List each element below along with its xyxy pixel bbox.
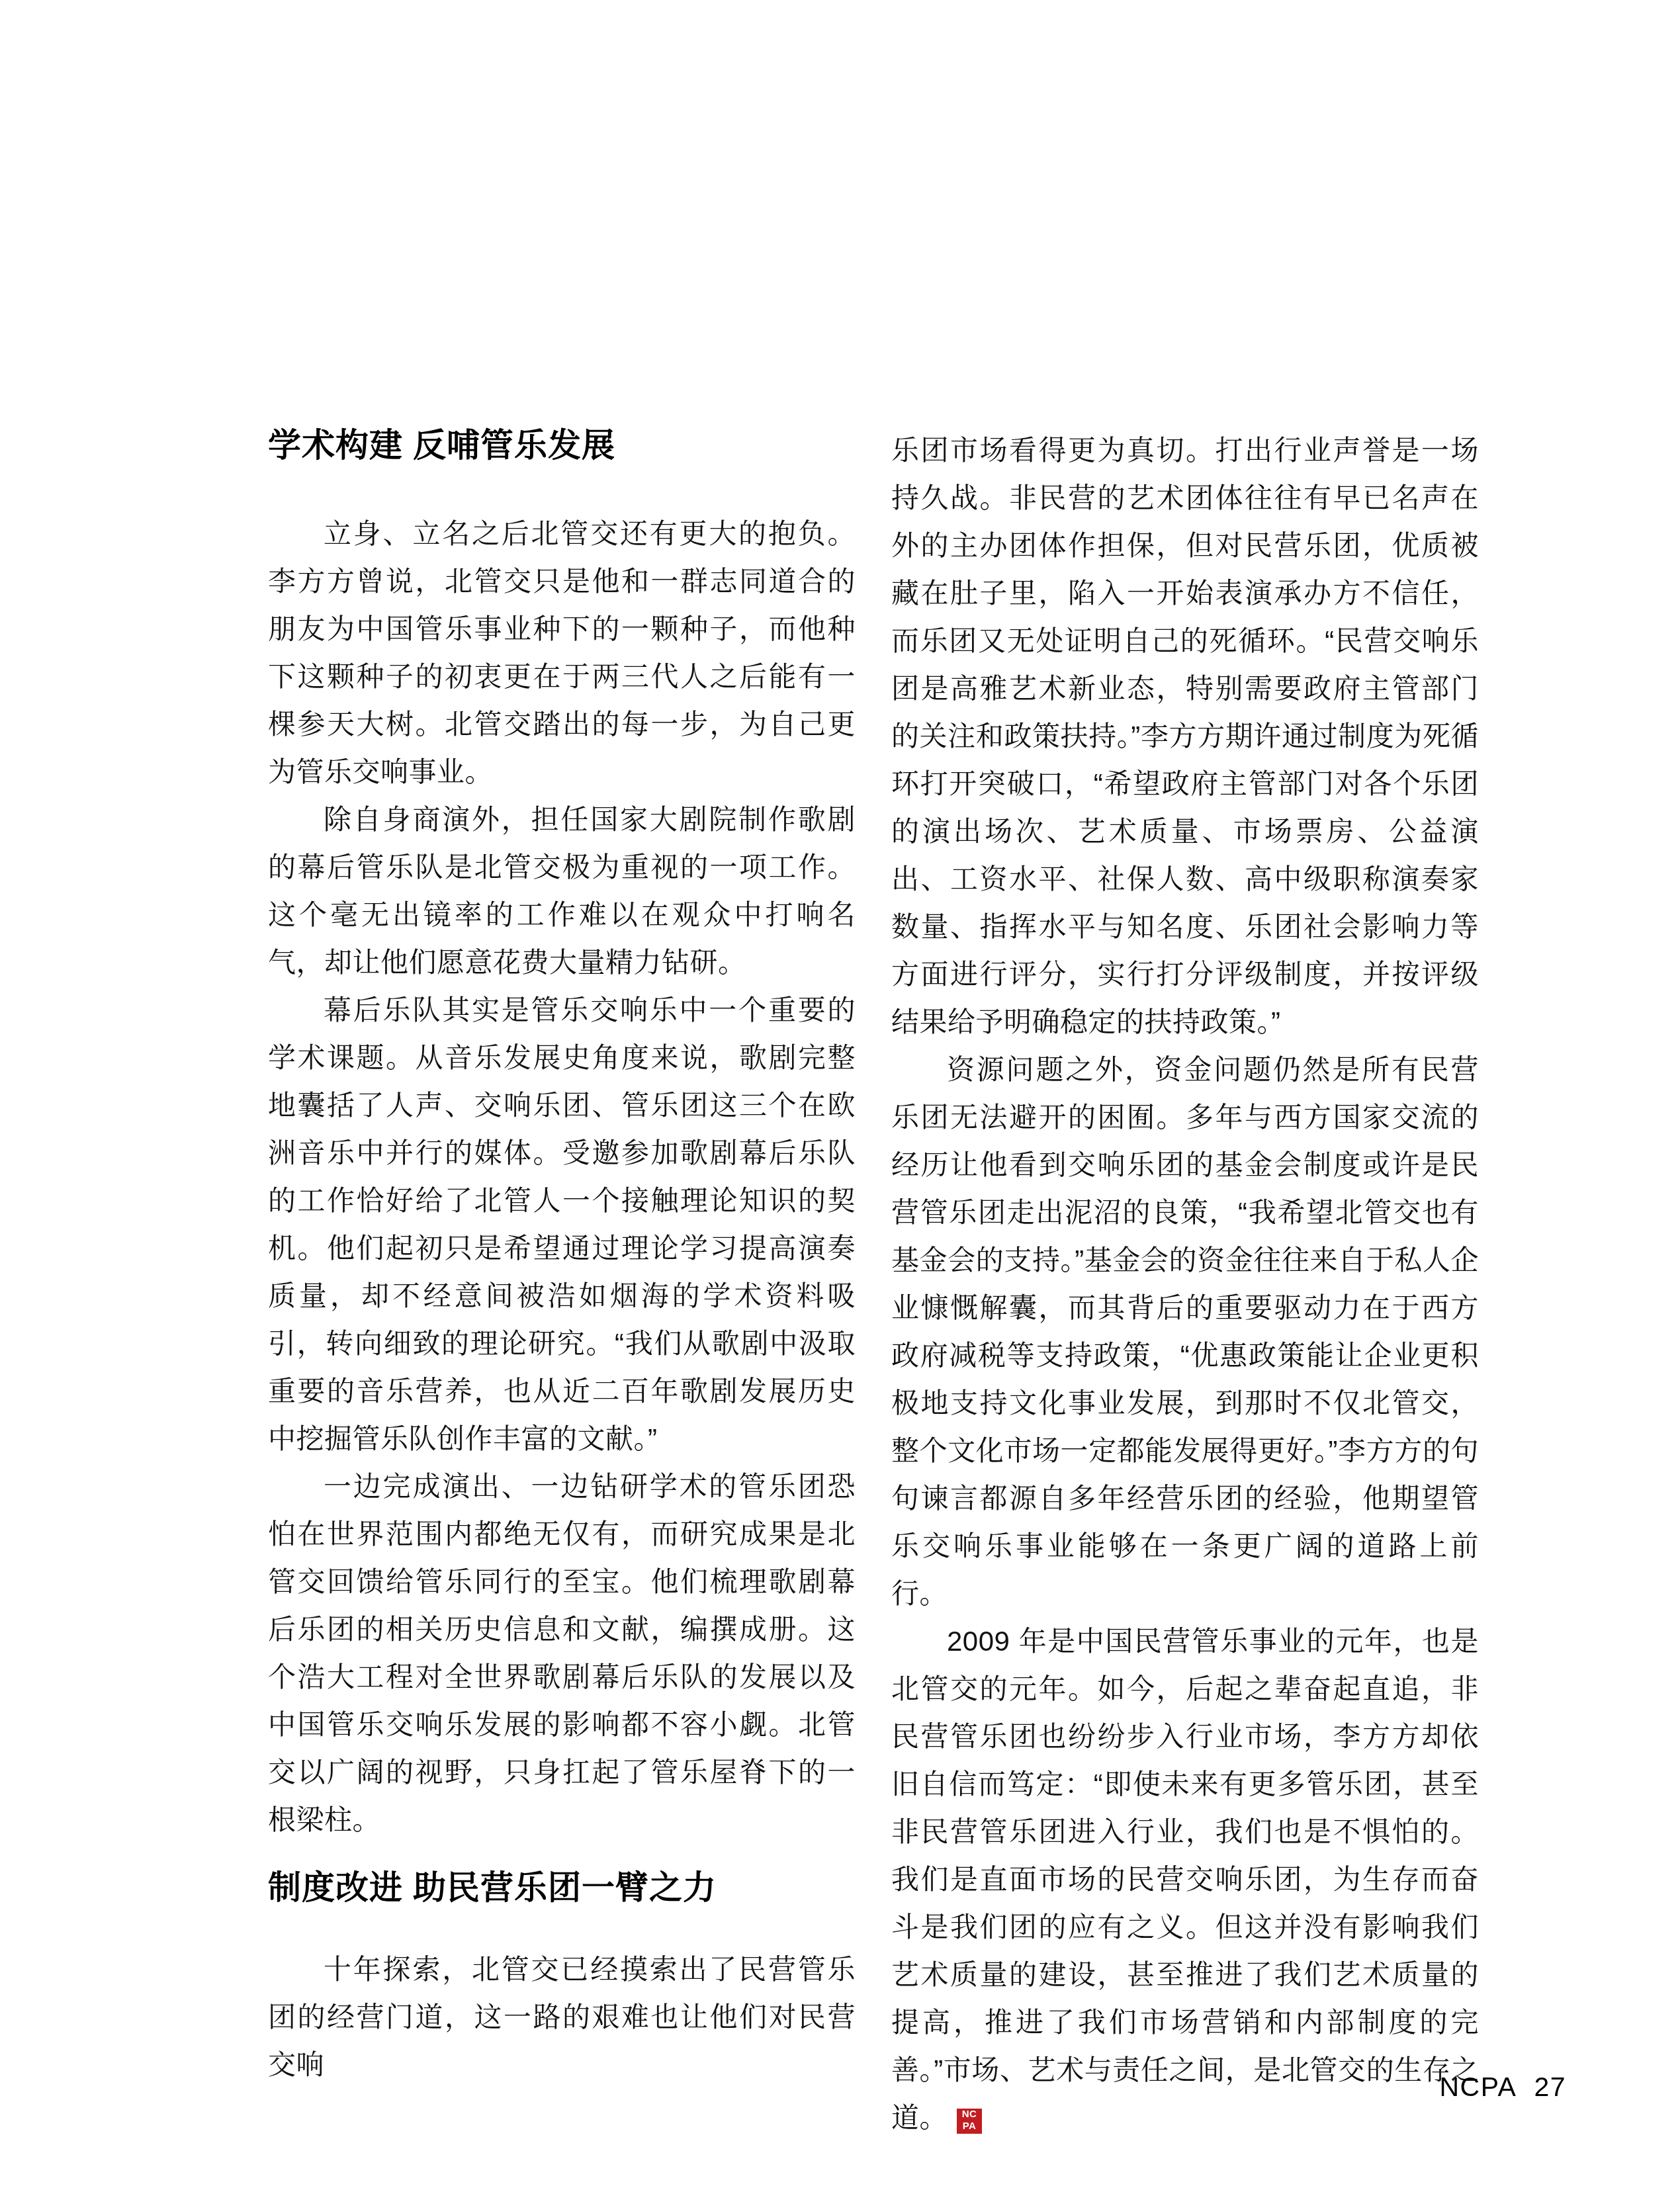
seal-text-top: NC [957,2109,982,2121]
footer-page-number: 27 [1534,2072,1566,2102]
section-heading-academic: 学术构建 反哺管乐发展 [268,427,856,464]
footer-brand: NCPA [1440,2072,1517,2102]
body-paragraph: 立身、立名之后北管交还有更大的抱负。李方方曾说，北管交只是他和一群志同道合的朋友… [268,510,856,796]
ncpa-end-seal: NCPA [957,2109,982,2134]
body-paragraph: 幕后乐队其实是管乐交响乐中一个重要的学术课题。从音乐发展史角度来说，歌剧完整地囊… [268,986,856,1463]
right-column: 乐团市场看得更为真切。打出行业声誉是一场持久战。非民营的艺术团体往往有早已名声在… [891,427,1479,2142]
section-heading-system: 制度改进 助民营乐团一臂之力 [268,1869,856,1906]
body-paragraph: 资源问题之外，资金问题仍然是所有民营乐团无法避开的困囿。多年与西方国家交流的经历… [891,1046,1479,1618]
body-paragraph: 一边完成演出、一边钻研学术的管乐团恐怕在世界范围内都绝无仅有，而研究成果是北管交… [268,1463,856,1844]
magazine-page: 学术构建 反哺管乐发展 立身、立名之后北管交还有更大的抱负。李方方曾说，北管交只… [0,0,1680,2188]
seal-text-bottom: PA [957,2121,982,2132]
body-paragraph: 十年探索，北管交已经摸索出了民营管乐团的经营门道，这一路的艰难也让他们对民营交响 [268,1946,856,2089]
paragraph-text: 2009 年是中国民营管乐事业的元年，也是北管交的元年。如今，后起之辈奋起直追，… [891,1626,1479,2133]
body-paragraph: 2009 年是中国民营管乐事业的元年，也是北管交的元年。如今，后起之辈奋起直追，… [891,1618,1479,2142]
left-column: 学术构建 反哺管乐发展 立身、立名之后北管交还有更大的抱负。李方方曾说，北管交只… [268,427,856,2089]
page-footer: NCPA27 [1440,2072,1566,2102]
body-paragraph: 除自身商演外，担任国家大剧院制作歌剧的幕后管乐队是北管交极为重视的一项工作。这个… [268,796,856,986]
body-paragraph-continuation: 乐团市场看得更为真切。打出行业声誉是一场持久战。非民营的艺术团体往往有早已名声在… [891,427,1479,1046]
